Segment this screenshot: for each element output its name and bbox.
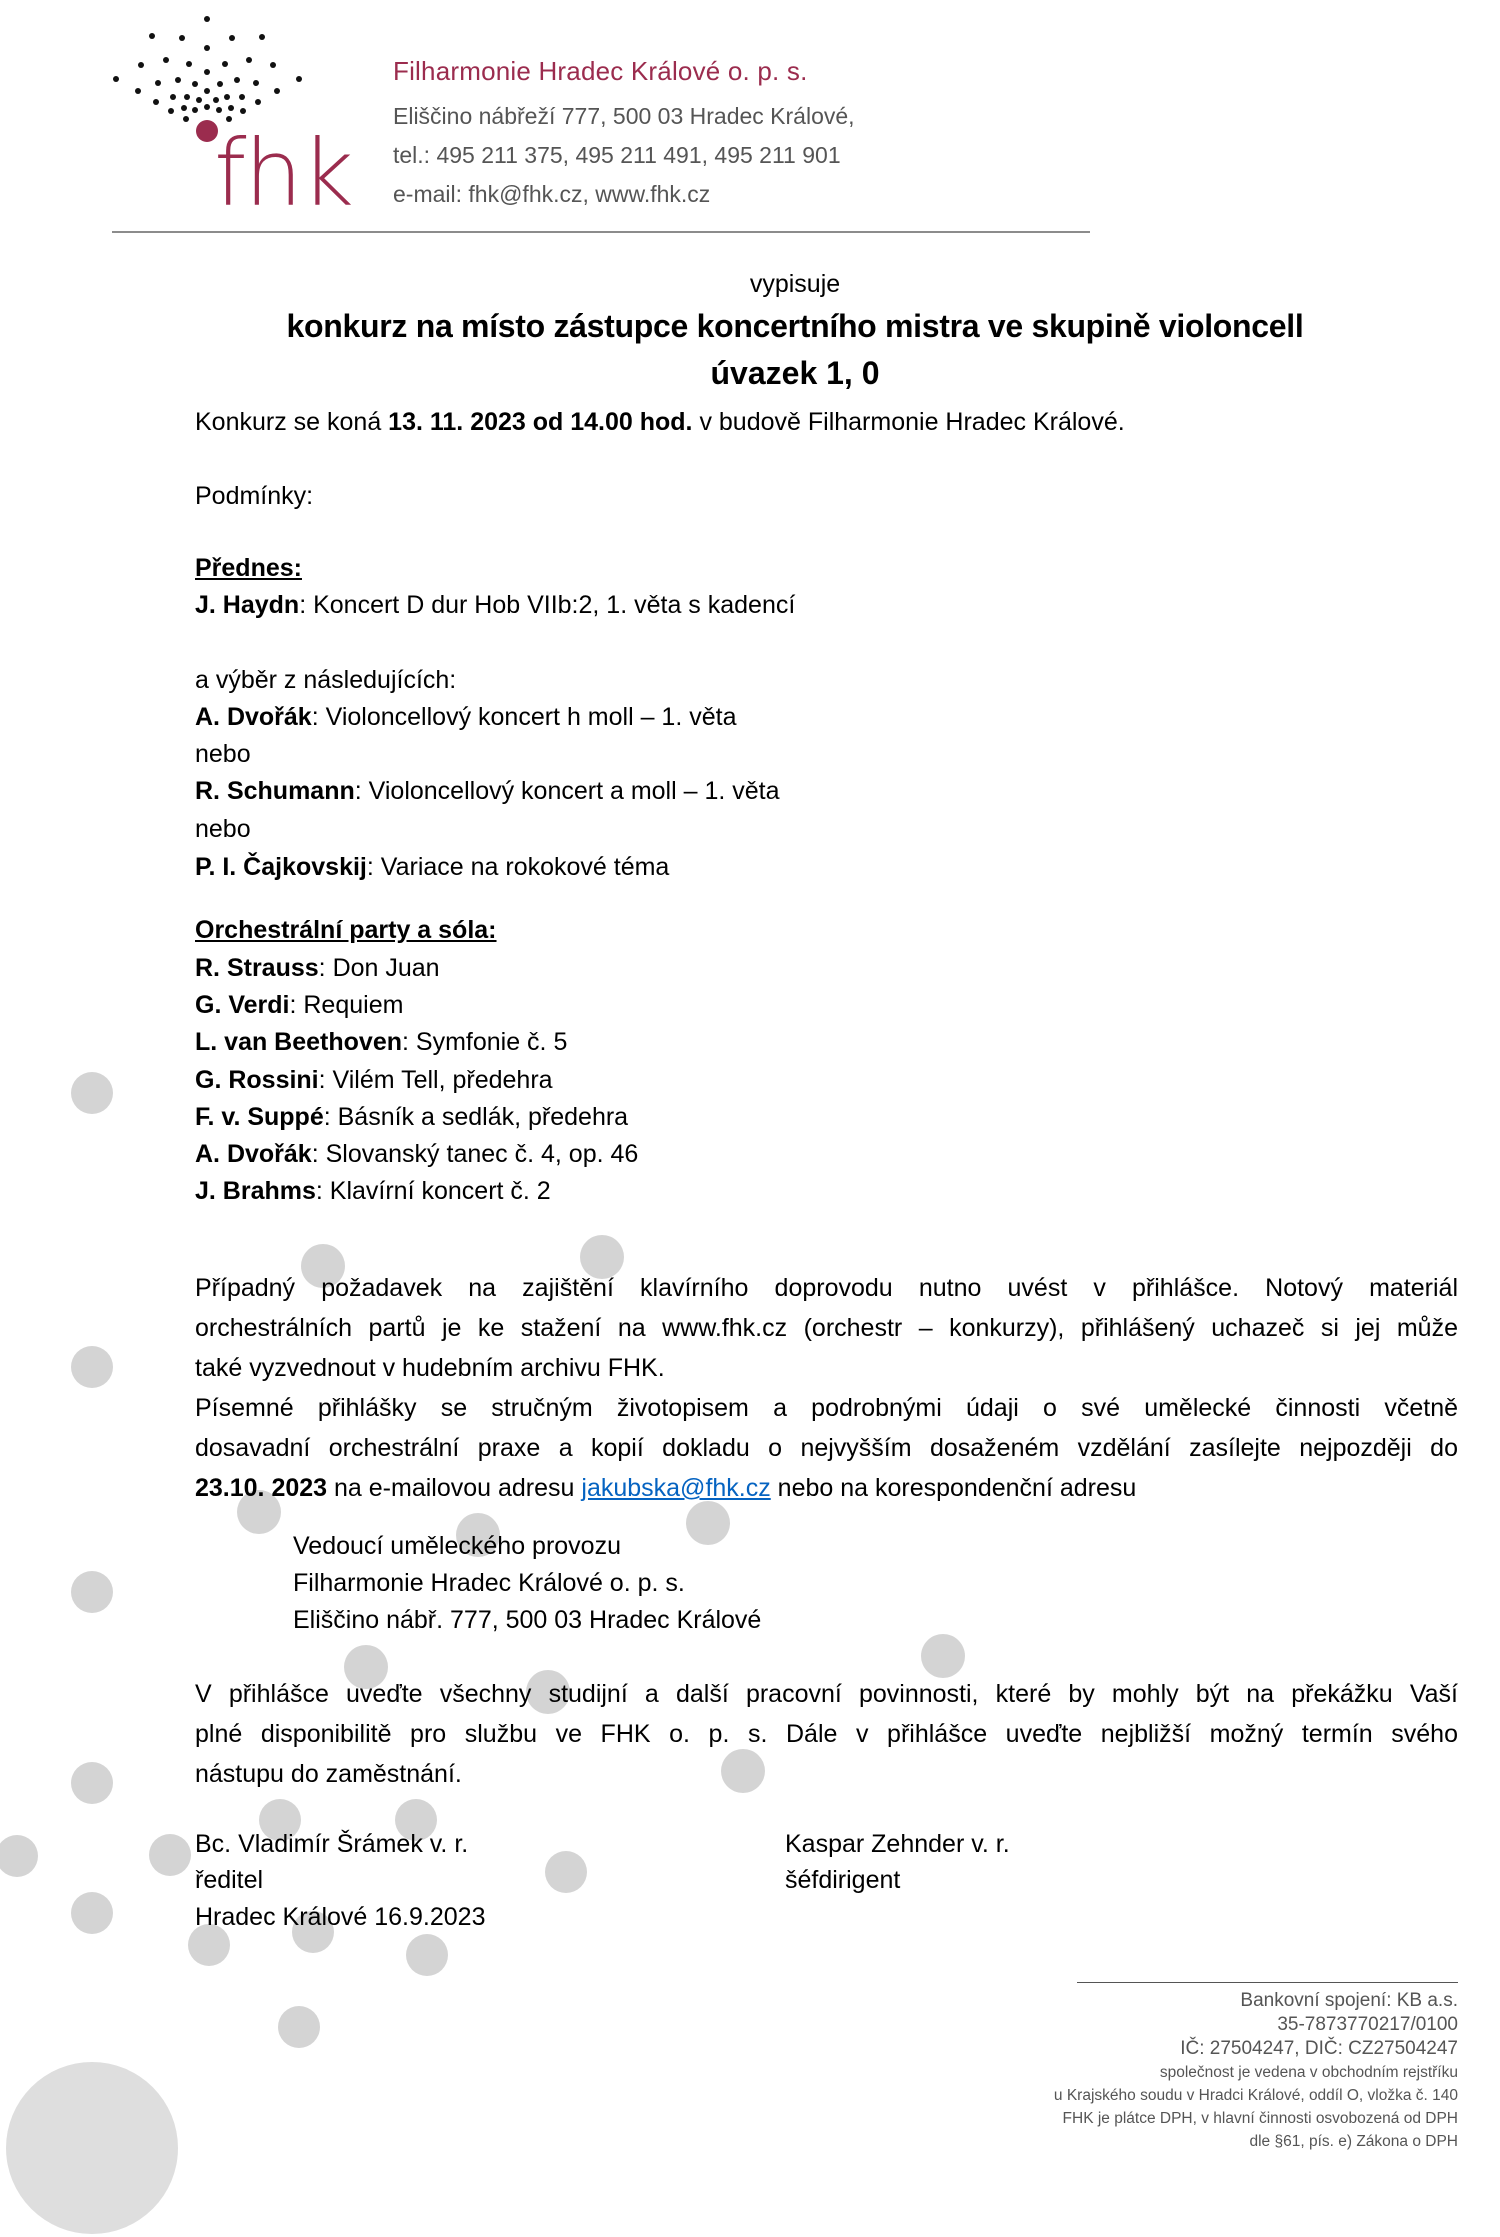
composer: A. Dvořák	[195, 1140, 312, 1168]
recital-choice-intro: a výběr z následujících:	[195, 664, 456, 696]
organization-contact: e-mail: fhk@fhk.cz, www.fhk.cz	[393, 181, 710, 208]
paragraph-line: Případný požadavek na zajištění klavírní…	[195, 1268, 1458, 1308]
work: : Symfonie č. 5	[402, 1028, 567, 1056]
work: : Requiem	[289, 991, 403, 1019]
mailing-address-line: Eliščino nábř. 777, 500 03 Hradec Králov…	[293, 1606, 761, 1635]
logo-wordmark: fhk	[214, 128, 352, 220]
paragraph-line: plné disponibilitě pro službu ve FHK o. …	[195, 1714, 1458, 1754]
document-title: konkurz na místo zástupce koncertního mi…	[0, 308, 1500, 345]
event-info: Konkurz se koná 13. 11. 2023 od 14.00 ho…	[195, 406, 1125, 438]
list-item: J. Brahms: Klavírní koncert č. 2	[195, 1175, 551, 1207]
signature-place-date: Hradec Králové 16.9.2023	[195, 1903, 485, 1932]
mailing-address-line: Filharmonie Hradec Králové o. p. s.	[293, 1569, 685, 1598]
composer: G. Verdi	[195, 991, 289, 1019]
list-item: L. van Beethoven: Symfonie č. 5	[195, 1026, 567, 1058]
composer: P. I. Čajkovskij	[195, 853, 367, 881]
composer: G. Rossini	[195, 1066, 319, 1094]
composer: L. van Beethoven	[195, 1028, 402, 1056]
paragraph-line: orchestrálních partů je ke stažení na ww…	[195, 1308, 1458, 1348]
event-date-time: 13. 11. 2023 od 14.00 hod.	[388, 408, 692, 436]
event-prefix: Konkurz se koná	[195, 408, 388, 436]
signature-right-name: Kaspar Zehnder v. r.	[785, 1830, 1010, 1859]
info-paragraph: Případný požadavek na zajištění klavírní…	[195, 1268, 1458, 1508]
list-item: A. Dvořák: Slovanský tanec č. 4, op. 46	[195, 1138, 638, 1170]
footer-register-2: u Krajského soudu v Hradci Králové, oddí…	[1054, 2087, 1458, 2105]
paragraph-line: dosavadní orchestrální praxe a kopií dok…	[195, 1428, 1458, 1468]
organization-name: Filharmonie Hradec Králové o. p. s.	[393, 56, 808, 87]
availability-paragraph: V přihlášce uveďte všechny studijní a da…	[195, 1674, 1458, 1794]
or-separator: nebo	[195, 738, 251, 770]
list-item: F. v. Suppé: Básník a sedlák, předehra	[195, 1101, 628, 1133]
footer-vat-2: dle §61, pís. e) Zákona o DPH	[1249, 2133, 1458, 2151]
footer-register-1: společnost je vedena v obchodním rejstří…	[1160, 2064, 1458, 2082]
list-item: A. Dvořák: Violoncellový koncert h moll …	[195, 701, 736, 733]
signature-left-role: ředitel	[195, 1866, 263, 1895]
document-subtitle: úvazek 1, 0	[0, 355, 1500, 392]
work: : Violoncellový koncert a moll – 1. věta	[355, 777, 780, 805]
work: : Koncert D dur Hob VIIb:2, 1. věta s ka…	[299, 591, 795, 619]
mailing-address-line: Vedoucí uměleckého provozu	[293, 1532, 621, 1561]
paragraph-line: také vyzvednout v hudebním archivu FHK.	[195, 1348, 1458, 1388]
composer: F. v. Suppé	[195, 1103, 324, 1131]
composer: A. Dvořák	[195, 703, 312, 731]
list-item: R. Schumann: Violoncellový koncert a mol…	[195, 775, 780, 807]
signature-right-role: šéfdirigent	[785, 1866, 900, 1895]
work: : Slovanský tanec č. 4, op. 46	[312, 1140, 639, 1168]
orchestral-heading: Orchestrální party a sóla:	[195, 914, 497, 946]
paragraph-line: 23.10. 2023 na e-mailovou adresu jakubsk…	[195, 1468, 1458, 1508]
footer-divider	[1077, 1982, 1458, 1983]
list-item: P. I. Čajkovskij: Variace na rokokové té…	[195, 851, 669, 883]
deadline-date: 23.10. 2023	[195, 1474, 327, 1502]
composer: J. Haydn	[195, 591, 299, 619]
intro-text: vypisuje	[0, 270, 1500, 299]
deadline-suffix: na e-mailovou adresu	[327, 1474, 581, 1502]
paragraph-line: nástupu do zaměstnání.	[195, 1754, 1458, 1794]
event-suffix: v budově Filharmonie Hradec Králové.	[693, 408, 1125, 436]
list-item: G. Verdi: Requiem	[195, 989, 403, 1021]
signature-left-name: Bc. Vladimír Šrámek v. r.	[195, 1830, 468, 1859]
work: : Don Juan	[319, 954, 440, 982]
header-divider	[112, 231, 1090, 233]
work: : Violoncellový koncert h moll – 1. věta	[312, 703, 737, 731]
email-link[interactable]: jakubska@fhk.cz	[581, 1474, 770, 1502]
paragraph-line: Písemné přihlášky se stručným životopise…	[195, 1388, 1458, 1428]
work: : Variace na rokokové téma	[367, 853, 669, 881]
work: : Vilém Tell, předehra	[319, 1066, 553, 1094]
or-separator: nebo	[195, 813, 251, 845]
work: : Klavírní koncert č. 2	[316, 1177, 551, 1205]
paragraph-line: V přihlášce uveďte všechny studijní a da…	[195, 1674, 1458, 1714]
email-suffix: nebo na korespondenční adresu	[771, 1474, 1137, 1502]
footer-bank: Bankovní spojení: KB a.s.	[1240, 1990, 1458, 2012]
footer-ids: IČ: 27504247, DIČ: CZ27504247	[1180, 2038, 1458, 2060]
footer-account: 35-7873770217/0100	[1277, 2014, 1458, 2036]
footer-vat-1: FHK je plátce DPH, v hlavní činnosti osv…	[1063, 2110, 1458, 2128]
recital-mandatory: J. Haydn: Koncert D dur Hob VIIb:2, 1. v…	[195, 589, 795, 621]
list-item: G. Rossini: Vilém Tell, předehra	[195, 1064, 553, 1096]
organization-address: Eliščino nábřeží 777, 500 03 Hradec Král…	[393, 103, 855, 130]
organization-phone: tel.: 495 211 375, 495 211 491, 495 211 …	[393, 142, 841, 169]
work: : Básník a sedlák, předehra	[324, 1103, 628, 1131]
recital-heading: Přednes:	[195, 552, 302, 584]
conditions-label: Podmínky:	[195, 480, 313, 512]
composer: J. Brahms	[195, 1177, 316, 1205]
composer: R. Schumann	[195, 777, 355, 805]
composer: R. Strauss	[195, 954, 319, 982]
list-item: R. Strauss: Don Juan	[195, 952, 440, 984]
